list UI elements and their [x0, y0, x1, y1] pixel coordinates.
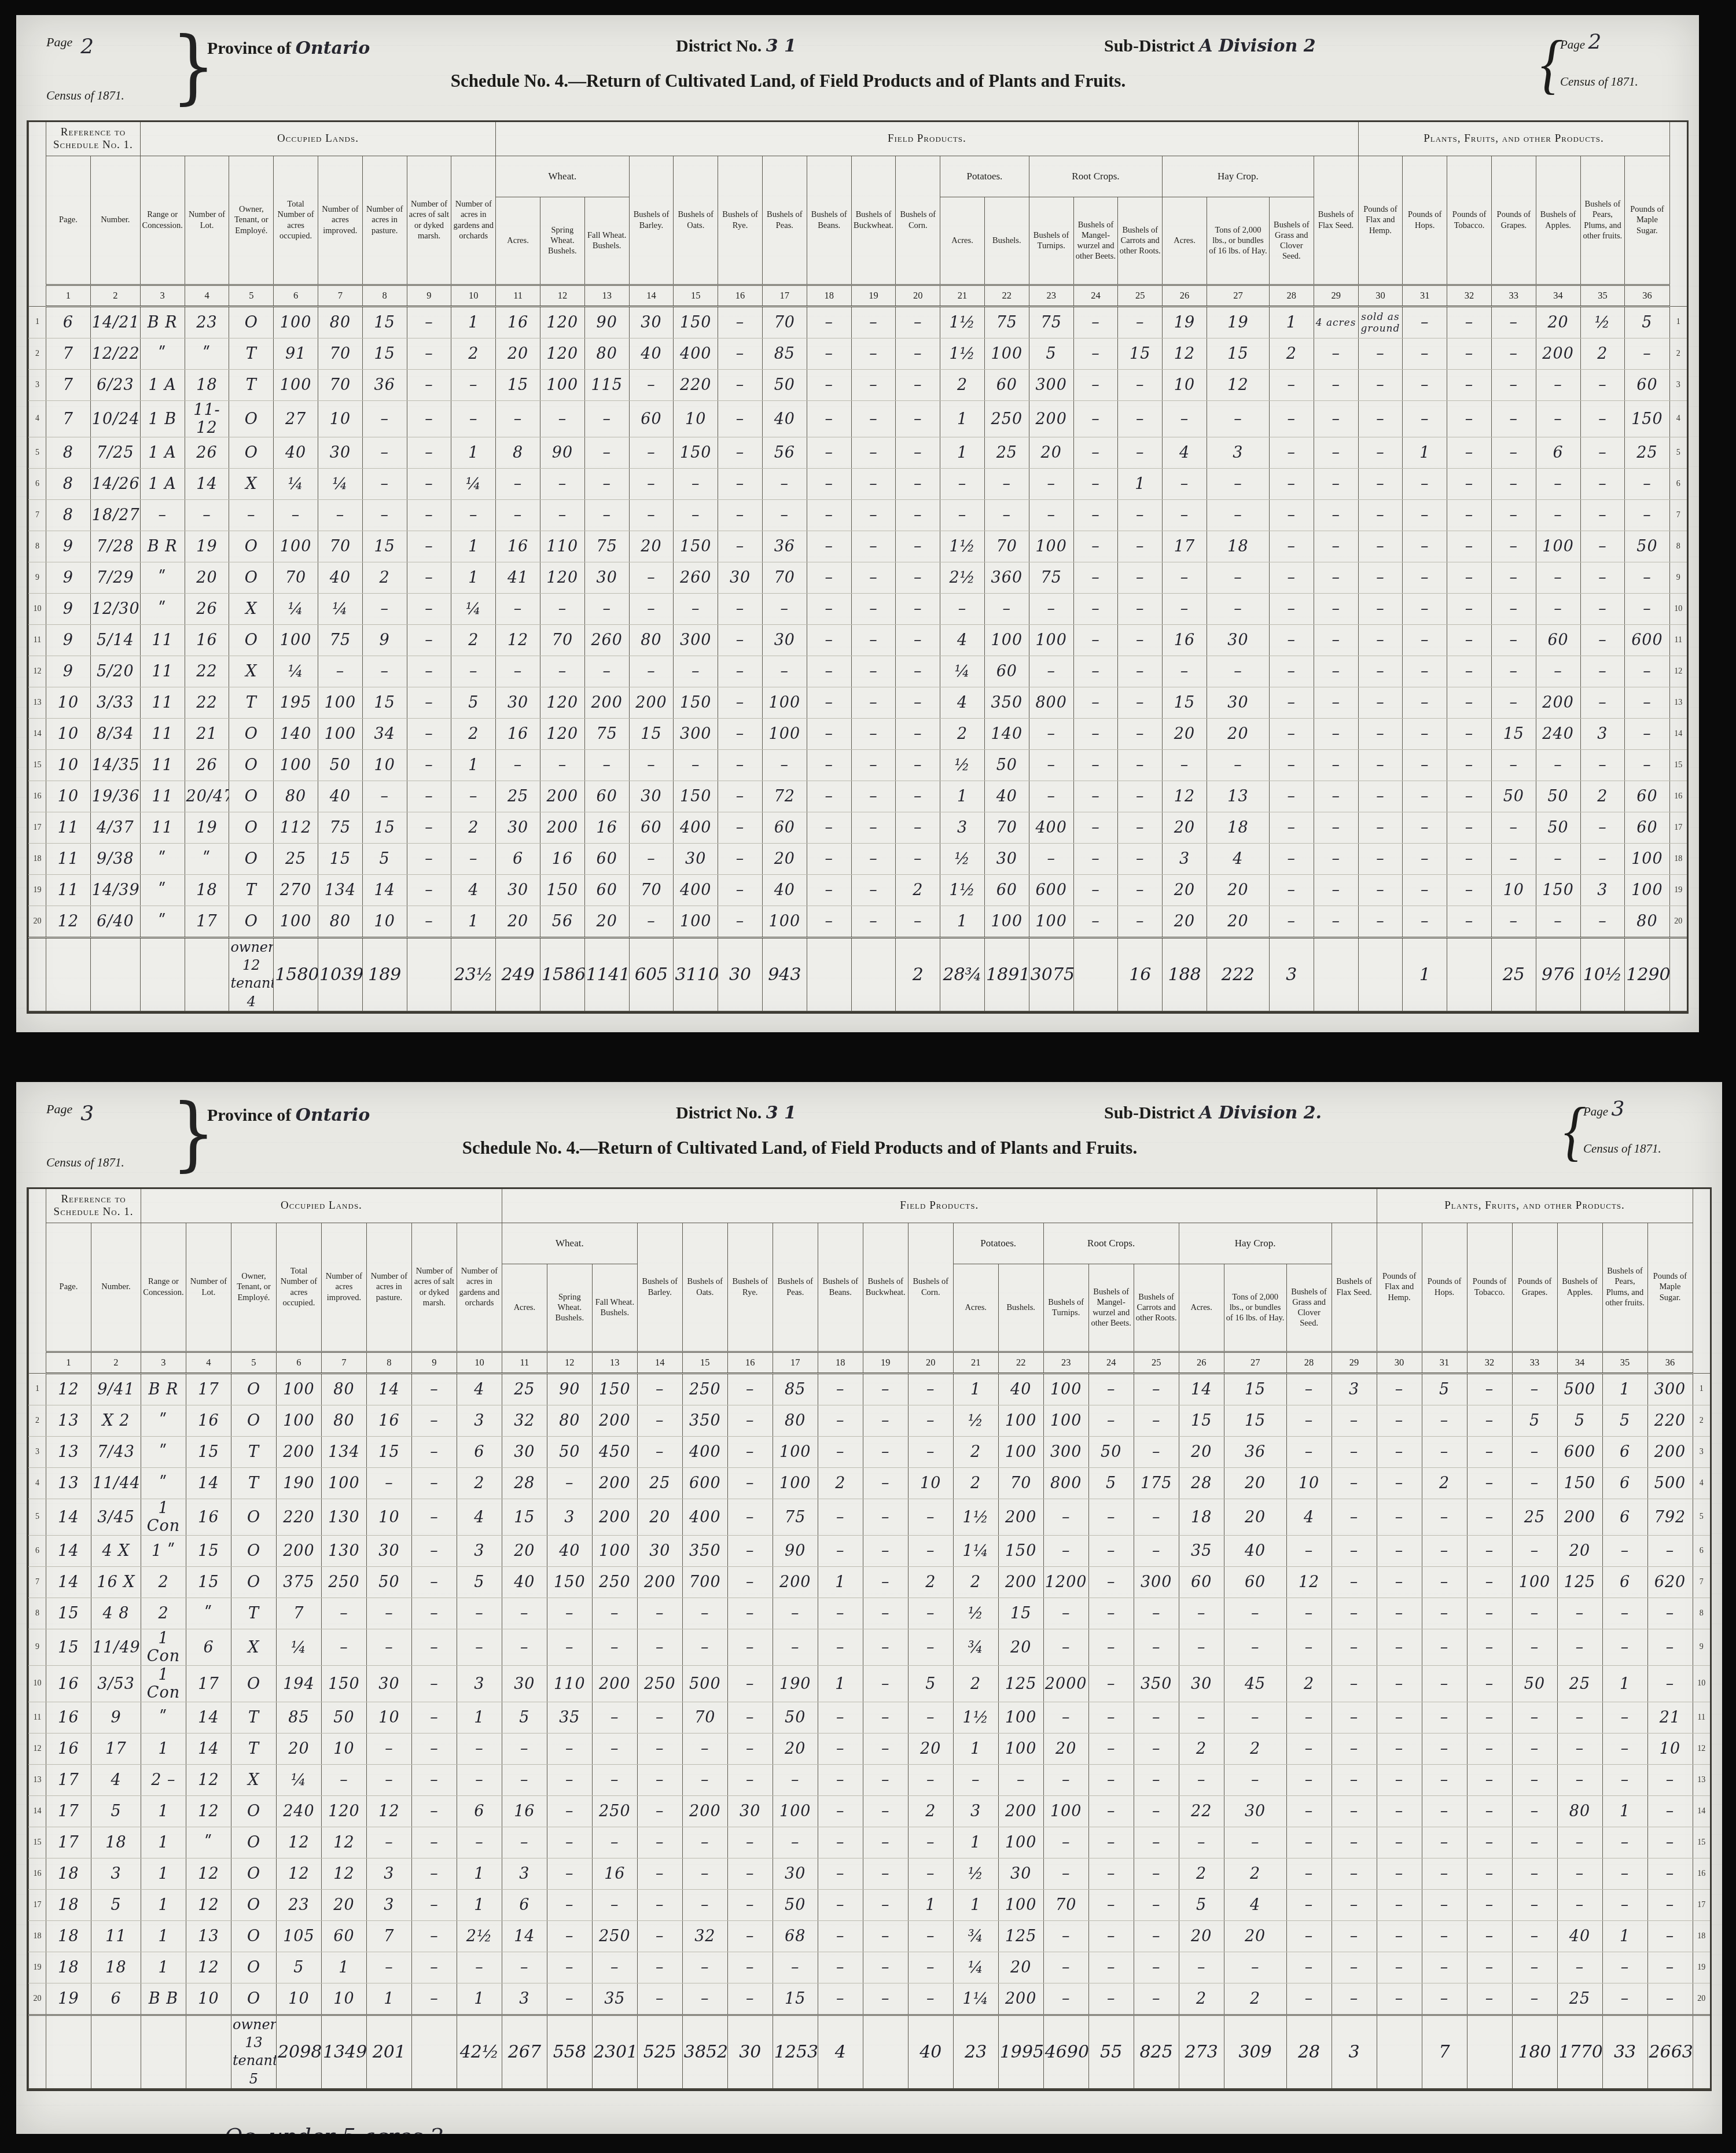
data-cell-col28: – — [1286, 1437, 1332, 1468]
data-cell-col5: O — [231, 1796, 276, 1827]
row-number-left: 9 — [29, 1629, 46, 1666]
corner-page-block: { Page 2 Census of 1871. — [1560, 30, 1658, 89]
data-cell-col18: – — [818, 1827, 863, 1858]
data-cell-col10: 1 — [457, 1858, 502, 1890]
column-number: 11 — [502, 1352, 547, 1374]
province-handwritten: Ontario — [296, 38, 370, 58]
data-cell-col34: – — [1536, 469, 1580, 500]
table-row: 997/29ʺ20O70402–14112030–2603070–––2½360… — [29, 562, 1687, 594]
totals-left-margin — [29, 2015, 46, 2089]
data-cell-col24: – — [1073, 687, 1118, 719]
data-cell-col13: 450 — [592, 1437, 637, 1468]
data-cell-col24: – — [1073, 844, 1118, 875]
data-cell-col27: 19 — [1207, 307, 1269, 338]
data-cell-col1: 12 — [46, 906, 91, 938]
data-cell-col30: – — [1377, 1405, 1422, 1437]
data-cell-col8: 15 — [362, 307, 407, 338]
row-number-left: 7 — [29, 1567, 46, 1598]
data-cell-col3: 1 ʺ — [141, 1536, 186, 1567]
table-row: 20126/40ʺ17O1008010–1205620–100–100–––11… — [29, 906, 1687, 938]
data-cell-col11: 6 — [496, 844, 540, 875]
data-cell-col23: 75 — [1029, 307, 1073, 338]
data-cell-col27: 20 — [1224, 1499, 1286, 1536]
data-cell-col24: – — [1088, 1598, 1134, 1629]
column-number: 2 — [90, 285, 140, 307]
row-number-left: 12 — [29, 656, 46, 687]
column-number: 31 — [1403, 285, 1447, 307]
table-row: 1517181ʺO1212–––––––––––––1100––––––––––… — [29, 1827, 1711, 1858]
data-cell-col8: – — [362, 656, 407, 687]
data-cell-col21: ½ — [953, 1598, 998, 1629]
data-cell-col22: 100 — [998, 1734, 1043, 1765]
data-cell-col2: 14/21 — [90, 307, 140, 338]
column-header: Page. — [46, 1223, 91, 1352]
data-cell-col10: 6 — [457, 1437, 502, 1468]
column-header: Tons of 2,000 lbs., or bundles of 16 lbs… — [1207, 197, 1269, 285]
column-header: Number of acres in gardens and orchards — [457, 1223, 502, 1352]
data-cell-col23: – — [1029, 750, 1073, 781]
column-number: 14 — [629, 285, 674, 307]
data-cell-col19: – — [863, 1702, 908, 1734]
data-cell-col2: 18/27 — [90, 500, 140, 531]
data-cell-col33: – — [1512, 1437, 1557, 1468]
data-cell-col11: – — [496, 594, 540, 625]
data-cell-col6: 20 — [276, 1734, 321, 1765]
column-number: 22 — [998, 1352, 1043, 1374]
data-cell-col21: 1½ — [940, 875, 985, 906]
data-cell-col21: 2 — [953, 1468, 998, 1499]
total-cell-col30 — [1377, 2015, 1422, 2089]
data-cell-col15: 400 — [682, 1437, 727, 1468]
data-cell-col4: 26 — [185, 594, 229, 625]
data-cell-col25: – — [1118, 625, 1163, 656]
data-cell-col17: – — [762, 750, 807, 781]
data-cell-col5: O — [229, 401, 274, 437]
data-cell-col21: ¾ — [953, 1921, 998, 1952]
data-cell-col7: 40 — [318, 562, 363, 594]
data-cell-col14: – — [629, 500, 674, 531]
data-cell-col14: – — [629, 469, 674, 500]
data-cell-col10: – — [451, 844, 496, 875]
total-cell-col13: 2301 — [592, 2015, 637, 2089]
total-cell-col19 — [851, 938, 896, 1011]
data-cell-col34: – — [1536, 594, 1580, 625]
data-cell-col12: 80 — [547, 1405, 592, 1437]
data-cell-col31: – — [1422, 1858, 1467, 1890]
data-cell-col32: – — [1447, 687, 1492, 719]
data-cell-col20: – — [908, 1629, 953, 1666]
data-cell-col7: 130 — [321, 1536, 366, 1567]
data-cell-col30: – — [1377, 1374, 1422, 1405]
data-cell-col28: – — [1269, 401, 1314, 437]
column-header: Number of acres of salt or dyked marsh. — [411, 1223, 457, 1352]
data-cell-col18: – — [807, 750, 851, 781]
row-number-right: 9 — [1693, 1629, 1710, 1666]
data-cell-col9: – — [407, 781, 451, 812]
data-cell-col32: – — [1447, 625, 1492, 656]
data-cell-col6: ¼ — [274, 594, 318, 625]
data-cell-col31: – — [1422, 1921, 1467, 1952]
row-number-right: 4 — [1693, 1468, 1710, 1499]
subgroup-header: Root Crops. — [1043, 1223, 1179, 1264]
data-cell-col1: 18 — [46, 1890, 91, 1921]
data-cell-col3: ʺ — [140, 594, 185, 625]
column-header: Page. — [46, 156, 91, 285]
data-cell-col26: – — [1179, 1702, 1224, 1734]
data-cell-col24: – — [1073, 812, 1118, 844]
data-cell-col15: – — [674, 469, 718, 500]
data-cell-col34: 100 — [1536, 531, 1580, 562]
data-cell-col15: – — [682, 1734, 727, 1765]
data-cell-col30: – — [1377, 1536, 1422, 1567]
data-cell-col34: 6 — [1536, 437, 1580, 469]
data-cell-col16: – — [727, 1468, 773, 1499]
data-cell-col11: 30 — [502, 1666, 547, 1702]
data-cell-col31: – — [1422, 1567, 1467, 1598]
column-header: Pounds of Flax and Hemp. — [1358, 156, 1403, 285]
subgroup-header: Hay Crop. — [1163, 156, 1314, 197]
data-cell-col20: – — [896, 719, 940, 750]
data-cell-col2: 5 — [91, 1890, 141, 1921]
data-cell-col3: B R — [140, 307, 185, 338]
data-cell-col35: 5 — [1602, 1405, 1647, 1437]
data-cell-col27: 12 — [1207, 370, 1269, 401]
data-cell-col27: 2 — [1224, 1983, 1286, 2015]
data-cell-col13: 75 — [584, 719, 629, 750]
data-cell-col4: 17 — [185, 906, 229, 938]
data-cell-col25: – — [1134, 1858, 1179, 1890]
data-cell-col4: – — [185, 500, 229, 531]
data-cell-col2: 14/26 — [90, 469, 140, 500]
data-cell-col36: 10 — [1647, 1734, 1693, 1765]
data-cell-col28: – — [1286, 1629, 1332, 1666]
data-cell-col3: 2 – — [141, 1765, 186, 1796]
data-cell-col2: 6 — [91, 1983, 141, 2015]
data-cell-col17: 30 — [762, 625, 807, 656]
table-row: 1614/21B R23O1008015–1161209030150–70–––… — [29, 307, 1687, 338]
data-cell-col27: 20 — [1207, 719, 1269, 750]
data-cell-col33: 50 — [1491, 781, 1536, 812]
data-cell-col26: 20 — [1179, 1437, 1224, 1468]
data-cell-col28: – — [1286, 1952, 1332, 1983]
data-cell-col9: – — [407, 594, 451, 625]
data-cell-col25: – — [1118, 812, 1163, 844]
data-cell-col34: – — [1557, 1598, 1602, 1629]
data-cell-col29: – — [1332, 1796, 1377, 1827]
data-cell-col34: 25 — [1557, 1666, 1602, 1702]
row-number-right: 7 — [1693, 1567, 1710, 1598]
data-cell-col6: 140 — [274, 719, 318, 750]
data-cell-col36: – — [1647, 1827, 1693, 1858]
table-row: 6814/261 A14X¼¼––¼––––––––––––––1–––––––… — [29, 469, 1687, 500]
total-cell-col1 — [46, 2015, 91, 2089]
row-number-left: 16 — [29, 781, 46, 812]
data-cell-col20: 2 — [908, 1796, 953, 1827]
data-cell-col8: 7 — [366, 1921, 411, 1952]
table-row: 17185112O23203–16–––––50––1110070––54–––… — [29, 1890, 1711, 1921]
table-row: 897/28B R19O1007015–1161107520150–36–––1… — [29, 531, 1687, 562]
row-number-left: 8 — [29, 1598, 46, 1629]
data-cell-col4: 26 — [185, 750, 229, 781]
data-cell-col21: 1 — [953, 1734, 998, 1765]
data-cell-col16: – — [727, 1405, 773, 1437]
data-cell-col19: – — [851, 719, 896, 750]
data-cell-col28: – — [1269, 687, 1314, 719]
data-cell-col17: – — [773, 1598, 818, 1629]
data-cell-col27: 30 — [1207, 687, 1269, 719]
data-cell-col8: 3 — [366, 1890, 411, 1921]
data-cell-col35: – — [1580, 562, 1625, 594]
data-cell-col19: – — [851, 500, 896, 531]
data-cell-col1: 18 — [46, 1952, 91, 1983]
data-cell-col35: – — [1602, 1858, 1647, 1890]
data-cell-col32: – — [1447, 844, 1492, 875]
data-cell-col18: – — [807, 687, 851, 719]
data-cell-col21: 1 — [940, 906, 985, 938]
data-cell-col22: 250 — [984, 401, 1029, 437]
data-cell-col23: 800 — [1043, 1468, 1088, 1499]
data-cell-col20: – — [896, 625, 940, 656]
data-cell-col32: – — [1447, 594, 1492, 625]
data-cell-col15: 150 — [674, 307, 718, 338]
data-cell-col16: – — [718, 625, 763, 656]
data-cell-col36: – — [1647, 1952, 1693, 1983]
table-row: 8154 82ʺT7––––––––––––––½15–––––––––––––… — [29, 1598, 1711, 1629]
data-cell-col16: – — [727, 1952, 773, 1983]
data-cell-col27: – — [1224, 1765, 1286, 1796]
data-cell-col9: – — [407, 307, 451, 338]
data-cell-col11: 20 — [496, 906, 540, 938]
data-cell-col35: – — [1602, 1952, 1647, 1983]
column-header: Number. — [90, 156, 140, 285]
data-cell-col36: 600 — [1625, 625, 1669, 656]
data-cell-col31: – — [1403, 401, 1447, 437]
data-cell-col15: – — [674, 656, 718, 687]
data-cell-col30: sold as ground — [1358, 307, 1403, 338]
data-cell-col22: 30 — [984, 844, 1029, 875]
data-cell-col25: – — [1134, 1952, 1179, 1983]
data-cell-col8: – — [366, 1765, 411, 1796]
data-cell-col14: 70 — [629, 875, 674, 906]
data-cell-col17: 85 — [773, 1374, 818, 1405]
data-cell-col18: – — [818, 1921, 863, 1952]
data-cell-col29: – — [1314, 750, 1358, 781]
data-cell-col10: – — [451, 781, 496, 812]
data-cell-col23: 100 — [1043, 1374, 1088, 1405]
column-header: Bushels of Turnips. — [1029, 197, 1073, 285]
data-cell-col16: – — [718, 437, 763, 469]
data-cell-col23: – — [1029, 594, 1073, 625]
data-cell-col10: – — [457, 1598, 502, 1629]
data-cell-col20: – — [908, 1983, 953, 2015]
left-brace: } — [171, 1088, 215, 1180]
data-cell-col29: – — [1314, 469, 1358, 500]
data-cell-col14: – — [637, 1734, 682, 1765]
data-cell-col16: – — [727, 1734, 773, 1765]
data-cell-col22: 200 — [998, 1499, 1043, 1536]
data-cell-col9: – — [407, 469, 451, 500]
data-cell-col20: 5 — [908, 1666, 953, 1702]
data-cell-col19: – — [851, 875, 896, 906]
data-cell-col26: 2 — [1179, 1858, 1224, 1890]
data-cell-col26: 2 — [1179, 1734, 1224, 1765]
data-cell-col20: – — [908, 1702, 953, 1734]
data-cell-col4: 15 — [186, 1567, 231, 1598]
data-cell-col1: 10 — [46, 719, 91, 750]
data-cell-col4: 19 — [185, 531, 229, 562]
data-cell-col24: – — [1088, 1858, 1134, 1890]
data-cell-col33: – — [1491, 307, 1536, 338]
table-row: 91511/491 Con6X¼––––––––––––––¾20–––––––… — [29, 1629, 1711, 1666]
data-cell-col3: 1 — [141, 1952, 186, 1983]
data-cell-col11: 12 — [496, 625, 540, 656]
data-cell-col8: – — [362, 594, 407, 625]
data-cell-col8: – — [366, 1468, 411, 1499]
data-cell-col25: – — [1134, 1734, 1179, 1765]
data-cell-col18: – — [807, 531, 851, 562]
data-cell-col6: 80 — [274, 781, 318, 812]
data-cell-col5: O — [231, 1890, 276, 1921]
data-cell-col29: – — [1332, 1983, 1377, 2015]
data-cell-col33: – — [1512, 1598, 1557, 1629]
data-cell-col22: 20 — [998, 1629, 1043, 1666]
data-cell-col20: – — [908, 1921, 953, 1952]
table-row: 14108/341121O14010034–2161207515300–100–… — [29, 719, 1687, 750]
data-cell-col14: – — [637, 1890, 682, 1921]
data-cell-col10: 2 — [451, 338, 496, 370]
data-cell-col25: – — [1118, 656, 1163, 687]
data-cell-col9: – — [411, 1921, 457, 1952]
data-cell-col34: – — [1557, 1734, 1602, 1765]
table-row: 587/251 A26O4030––1890––150–56–––12520––… — [29, 437, 1687, 469]
data-cell-col13: 200 — [592, 1499, 637, 1536]
column-header: Bushels of Mangel-wurzel and other Beets… — [1073, 197, 1118, 285]
column-header: Pounds of Hops. — [1403, 156, 1447, 285]
data-cell-col7: 10 — [318, 401, 363, 437]
data-cell-col16: – — [727, 1921, 773, 1952]
column-header: Bushels of Flax Seed. — [1332, 1223, 1377, 1352]
group-header: Occupied Lands. — [140, 122, 495, 156]
data-cell-col15: 220 — [674, 370, 718, 401]
data-cell-col13: 200 — [592, 1666, 637, 1702]
data-cell-col34: – — [1536, 844, 1580, 875]
data-cell-col12: – — [540, 500, 584, 531]
data-cell-col32: – — [1467, 1796, 1512, 1827]
data-cell-col12: 150 — [547, 1567, 592, 1598]
data-cell-col34: 25 — [1557, 1983, 1602, 2015]
data-cell-col27: 4 — [1207, 844, 1269, 875]
data-cell-col17: 15 — [773, 1983, 818, 2015]
data-cell-col32: – — [1467, 1921, 1512, 1952]
data-cell-col36: – — [1647, 1983, 1693, 2015]
data-cell-col32: – — [1447, 812, 1492, 844]
column-number: 27 — [1207, 285, 1269, 307]
data-cell-col34: 60 — [1536, 625, 1580, 656]
data-cell-col24: – — [1073, 594, 1118, 625]
data-cell-col7: 80 — [318, 906, 363, 938]
total-cell-col17: 943 — [762, 938, 807, 1011]
data-cell-col28: – — [1269, 750, 1314, 781]
data-cell-col29: – — [1332, 1629, 1377, 1666]
row-number-right: 11 — [1669, 625, 1687, 656]
data-cell-col10: – — [451, 656, 496, 687]
data-cell-col5: O — [231, 1499, 276, 1536]
data-cell-col28: – — [1286, 1858, 1332, 1890]
data-cell-col11: 16 — [502, 1796, 547, 1827]
data-cell-col22: 200 — [998, 1983, 1043, 2015]
column-number: 3 — [140, 285, 185, 307]
data-cell-col22: – — [998, 1765, 1043, 1796]
row-number-right: 2 — [1669, 338, 1687, 370]
data-cell-col22: 125 — [998, 1666, 1043, 1702]
data-cell-col9: – — [407, 531, 451, 562]
column-number: 16 — [727, 1352, 773, 1374]
data-cell-col1: 10 — [46, 687, 91, 719]
data-cell-col15: 100 — [674, 906, 718, 938]
data-cell-col31: – — [1422, 1827, 1467, 1858]
data-cell-col15: – — [682, 1827, 727, 1858]
row-number-right: 5 — [1669, 437, 1687, 469]
data-cell-col13: 60 — [584, 844, 629, 875]
data-cell-col27: 20 — [1224, 1468, 1286, 1499]
data-cell-col13: – — [584, 750, 629, 781]
column-number: 33 — [1491, 285, 1536, 307]
data-cell-col14: 200 — [629, 687, 674, 719]
data-cell-col17: 75 — [773, 1499, 818, 1536]
data-cell-col30: – — [1358, 562, 1403, 594]
data-cell-col24: – — [1073, 437, 1118, 469]
data-cell-col8: 15 — [362, 531, 407, 562]
data-cell-col10: 1 — [457, 1702, 502, 1734]
data-cell-col33: – — [1512, 1890, 1557, 1921]
data-cell-col23: 1200 — [1043, 1567, 1088, 1598]
data-cell-col33: – — [1512, 1374, 1557, 1405]
data-cell-col8: 34 — [362, 719, 407, 750]
data-cell-col34: 240 — [1536, 719, 1580, 750]
data-cell-col6: ¼ — [276, 1629, 321, 1666]
column-number: 21 — [953, 1352, 998, 1374]
subgroup-header: Hay Crop. — [1179, 1223, 1332, 1264]
data-cell-col22: – — [984, 594, 1029, 625]
data-cell-col19: – — [863, 1629, 908, 1666]
data-cell-col24: – — [1088, 1666, 1134, 1702]
data-cell-col21: 1 — [940, 437, 985, 469]
data-cell-col23: – — [1043, 1499, 1088, 1536]
table-row: 18119/38ʺʺO25155––61660–30–20–––½30–––34… — [29, 844, 1687, 875]
data-cell-col6: 27 — [274, 401, 318, 437]
data-cell-col7: 100 — [321, 1468, 366, 1499]
total-cell-col11: 249 — [496, 938, 540, 1011]
data-cell-col13: 250 — [592, 1796, 637, 1827]
total-cell-col16: 30 — [718, 938, 763, 1011]
data-cell-col21: ½ — [953, 1405, 998, 1437]
data-cell-col7: – — [321, 1765, 366, 1796]
data-cell-col1: 13 — [46, 1437, 91, 1468]
data-cell-col33: – — [1491, 750, 1536, 781]
data-cell-col33: 25 — [1512, 1499, 1557, 1536]
data-cell-col20: – — [896, 437, 940, 469]
data-cell-col30: – — [1358, 370, 1403, 401]
data-cell-col3: 11 — [140, 625, 185, 656]
row-number-right: 3 — [1669, 370, 1687, 401]
data-cell-col25: – — [1134, 1629, 1179, 1666]
subgroup-header: Potatoes. — [953, 1223, 1043, 1264]
total-cell-col27: 309 — [1224, 2015, 1286, 2089]
data-cell-col9: – — [411, 1499, 457, 1536]
district-no-label: District No. — [676, 1103, 762, 1122]
data-cell-col22: 60 — [984, 370, 1029, 401]
data-cell-col5: T — [229, 370, 274, 401]
